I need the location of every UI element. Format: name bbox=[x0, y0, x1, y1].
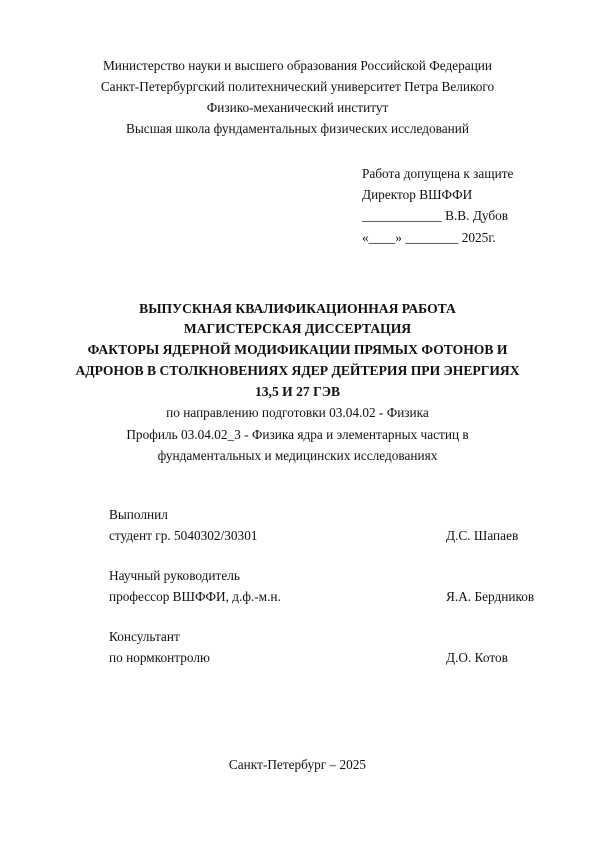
signature-name: Д.С. Шапаев bbox=[446, 528, 518, 544]
signature-position: по нормконтролю bbox=[109, 650, 210, 666]
university-line: Санкт-Петербургский политехнический унив… bbox=[0, 79, 595, 95]
city-year: Санкт-Петербург – 2025 bbox=[0, 757, 595, 773]
approval-director: Директор ВШФФИ bbox=[362, 187, 472, 203]
signature-name: Я.А. Бердников bbox=[446, 589, 534, 605]
thesis-title-line-2: АДРОНОВ В СТОЛКНОВЕНИЯХ ЯДЕР ДЕЙТЕРИЯ ПР… bbox=[0, 363, 595, 379]
thesis-title-line-3: 13,5 И 27 ГЭВ bbox=[0, 384, 595, 400]
approval-date: «____» ________ 2025г. bbox=[362, 230, 496, 246]
ministry-line: Министерство науки и высшего образования… bbox=[0, 58, 595, 74]
approval-admitted: Работа допущена к защите bbox=[362, 166, 513, 182]
degree-type: МАГИСТЕРСКАЯ ДИССЕРТАЦИЯ bbox=[0, 321, 595, 337]
school-line: Высшая школа фундаментальных физических … bbox=[0, 121, 595, 137]
study-direction: по направлению подготовки 03.04.02 - Физ… bbox=[0, 405, 595, 421]
approval-signature: ____________ В.В. Дубов bbox=[362, 208, 508, 224]
signature-role: Выполнил bbox=[109, 507, 168, 523]
profile-line-1: Профиль 03.04.02_3 - Физика ядра и элеме… bbox=[0, 427, 595, 443]
signature-role: Консультант bbox=[109, 629, 180, 645]
signature-position: профессор ВШФФИ, д.ф.-м.н. bbox=[109, 589, 281, 605]
profile-line-2: фундаментальных и медицинских исследован… bbox=[0, 448, 595, 464]
signature-role: Научный руководитель bbox=[109, 568, 240, 584]
signature-name: Д.О. Котов bbox=[446, 650, 508, 666]
work-type: ВЫПУСКНАЯ КВАЛИФИКАЦИОННАЯ РАБОТА bbox=[0, 301, 595, 317]
thesis-title-line-1: ФАКТОРЫ ЯДЕРНОЙ МОДИФИКАЦИИ ПРЯМЫХ ФОТОН… bbox=[0, 342, 595, 358]
signature-position: студент гр. 5040302/30301 bbox=[109, 528, 258, 544]
institute-line: Физико-механический институт bbox=[0, 100, 595, 116]
